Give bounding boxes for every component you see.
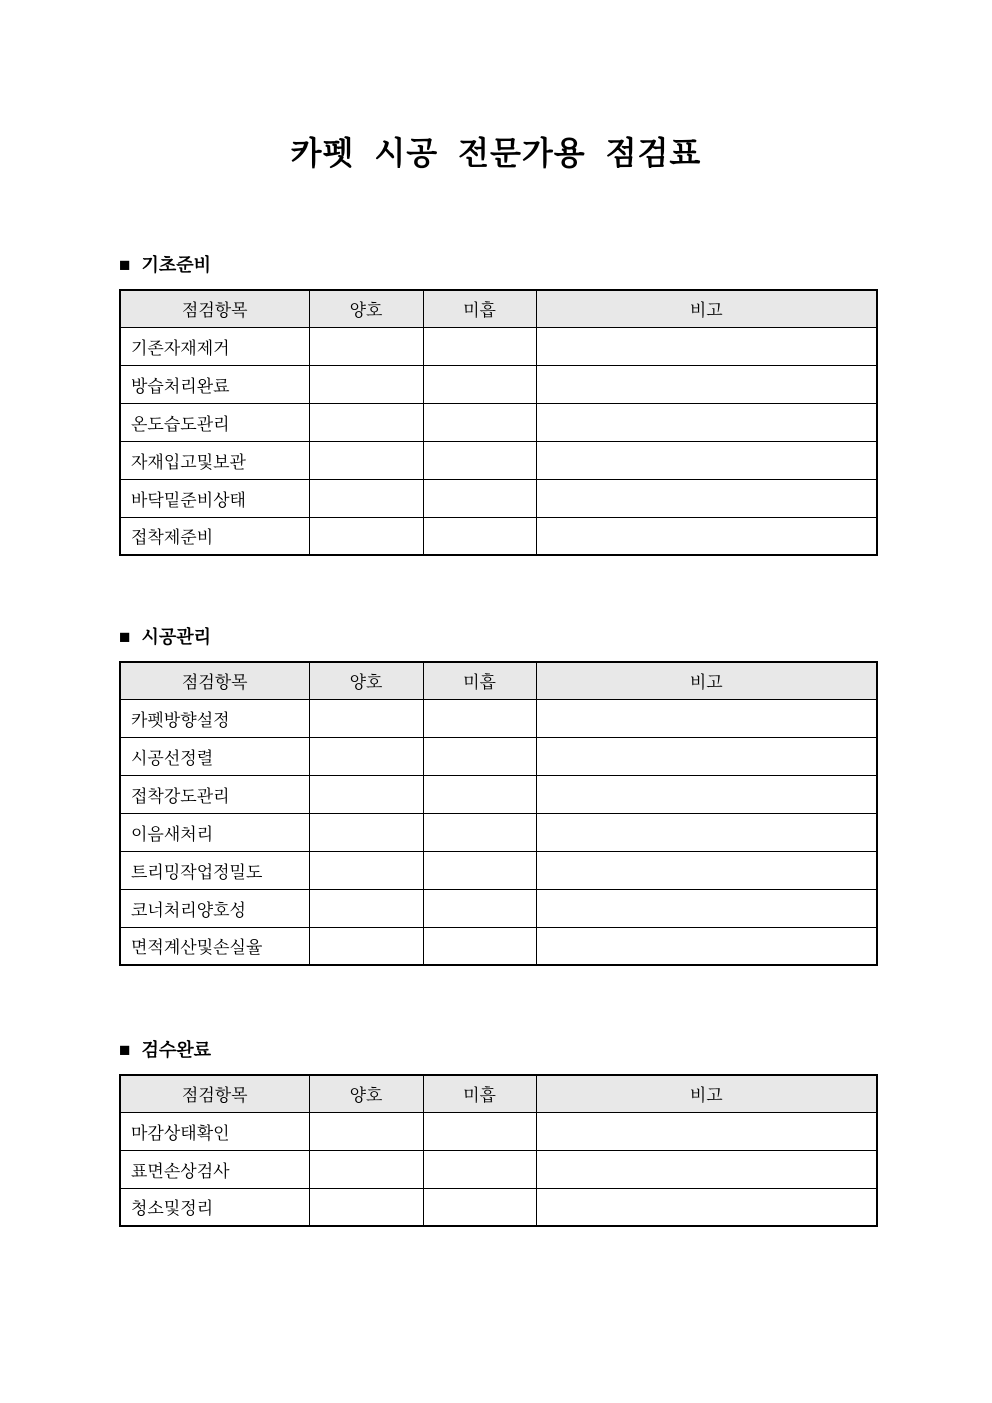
table-row: 방습처리완료 bbox=[120, 365, 877, 403]
item-cell: 청소및정리 bbox=[120, 1188, 309, 1226]
header-cell-good: 양호 bbox=[309, 662, 423, 699]
remarks-cell bbox=[536, 1150, 877, 1188]
poor-cell bbox=[423, 699, 536, 737]
document-content: ■ 기초준비 점검항목 양호 미흡 비고 기존자재제거 bbox=[119, 255, 876, 1227]
remarks-cell bbox=[536, 775, 877, 813]
table-row: 면적계산및손실율 bbox=[120, 927, 877, 965]
table-row: 이음새처리 bbox=[120, 813, 877, 851]
poor-cell bbox=[423, 813, 536, 851]
item-cell: 접착제준비 bbox=[120, 517, 309, 555]
checklist-table-basic-preparation: 점검항목 양호 미흡 비고 기존자재제거 방습처리완료 bbox=[119, 289, 878, 556]
poor-cell bbox=[423, 365, 536, 403]
poor-cell bbox=[423, 851, 536, 889]
header-cell-remarks: 비고 bbox=[536, 1075, 877, 1112]
remarks-cell bbox=[536, 1112, 877, 1150]
square-bullet-icon: ■ bbox=[119, 627, 130, 648]
header-cell-item: 점검항목 bbox=[120, 662, 309, 699]
item-cell: 방습처리완료 bbox=[120, 365, 309, 403]
good-cell bbox=[309, 851, 423, 889]
poor-cell bbox=[423, 927, 536, 965]
good-cell bbox=[309, 403, 423, 441]
good-cell bbox=[309, 517, 423, 555]
good-cell bbox=[309, 479, 423, 517]
good-cell bbox=[309, 1188, 423, 1226]
table-header-row: 점검항목 양호 미흡 비고 bbox=[120, 1075, 877, 1112]
remarks-cell bbox=[536, 851, 877, 889]
section-inspection-complete: ■ 검수완료 점검항목 양호 미흡 비고 마감상태확인 bbox=[119, 1040, 876, 1227]
good-cell bbox=[309, 365, 423, 403]
document-page: 카펫 시공 전문가용 점검표 ■ 기초준비 점검항목 양호 미흡 비고 bbox=[0, 0, 992, 1403]
table-row: 마감상태확인 bbox=[120, 1112, 877, 1150]
section-title: 검수완료 bbox=[141, 1040, 211, 1061]
remarks-cell bbox=[536, 889, 877, 927]
checklist-table-construction-management: 점검항목 양호 미흡 비고 카펫방향설정 시공선정렬 bbox=[119, 661, 878, 966]
remarks-cell bbox=[536, 737, 877, 775]
section-heading: ■ 시공관리 bbox=[119, 627, 876, 648]
remarks-cell bbox=[536, 441, 877, 479]
item-cell: 시공선정렬 bbox=[120, 737, 309, 775]
item-cell: 접착강도관리 bbox=[120, 775, 309, 813]
remarks-cell bbox=[536, 927, 877, 965]
poor-cell bbox=[423, 441, 536, 479]
remarks-cell bbox=[536, 403, 877, 441]
header-cell-item: 점검항목 bbox=[120, 290, 309, 327]
header-cell-remarks: 비고 bbox=[536, 662, 877, 699]
header-cell-item: 점검항목 bbox=[120, 1075, 309, 1112]
header-cell-poor: 미흡 bbox=[423, 290, 536, 327]
section-heading: ■ 검수완료 bbox=[119, 1040, 876, 1061]
remarks-cell bbox=[536, 517, 877, 555]
header-cell-remarks: 비고 bbox=[536, 290, 877, 327]
table-row: 시공선정렬 bbox=[120, 737, 877, 775]
good-cell bbox=[309, 327, 423, 365]
remarks-cell bbox=[536, 479, 877, 517]
good-cell bbox=[309, 927, 423, 965]
table-header-row: 점검항목 양호 미흡 비고 bbox=[120, 662, 877, 699]
poor-cell bbox=[423, 517, 536, 555]
section-title: 시공관리 bbox=[141, 627, 211, 648]
remarks-cell bbox=[536, 1188, 877, 1226]
section-title: 기초준비 bbox=[141, 255, 211, 276]
table-row: 트리밍작업정밀도 bbox=[120, 851, 877, 889]
item-cell: 트리밍작업정밀도 bbox=[120, 851, 309, 889]
remarks-cell bbox=[536, 699, 877, 737]
table-row: 온도습도관리 bbox=[120, 403, 877, 441]
good-cell bbox=[309, 441, 423, 479]
table-row: 자재입고및보관 bbox=[120, 441, 877, 479]
poor-cell bbox=[423, 1188, 536, 1226]
table-row: 코너처리양호성 bbox=[120, 889, 877, 927]
good-cell bbox=[309, 737, 423, 775]
poor-cell bbox=[423, 737, 536, 775]
table-row: 접착제준비 bbox=[120, 517, 877, 555]
remarks-cell bbox=[536, 813, 877, 851]
table-row: 카펫방향설정 bbox=[120, 699, 877, 737]
item-cell: 이음새처리 bbox=[120, 813, 309, 851]
good-cell bbox=[309, 699, 423, 737]
good-cell bbox=[309, 1112, 423, 1150]
good-cell bbox=[309, 889, 423, 927]
item-cell: 카펫방향설정 bbox=[120, 699, 309, 737]
header-cell-poor: 미흡 bbox=[423, 662, 536, 699]
table-row: 접착강도관리 bbox=[120, 775, 877, 813]
poor-cell bbox=[423, 1150, 536, 1188]
document-title: 카펫 시공 전문가용 점검표 bbox=[0, 0, 992, 173]
item-cell: 코너처리양호성 bbox=[120, 889, 309, 927]
item-cell: 기존자재제거 bbox=[120, 327, 309, 365]
section-basic-preparation: ■ 기초준비 점검항목 양호 미흡 비고 기존자재제거 bbox=[119, 255, 876, 556]
header-cell-good: 양호 bbox=[309, 290, 423, 327]
item-cell: 자재입고및보관 bbox=[120, 441, 309, 479]
item-cell: 표면손상검사 bbox=[120, 1150, 309, 1188]
remarks-cell bbox=[536, 365, 877, 403]
poor-cell bbox=[423, 889, 536, 927]
good-cell bbox=[309, 813, 423, 851]
square-bullet-icon: ■ bbox=[119, 1040, 130, 1061]
good-cell bbox=[309, 775, 423, 813]
poor-cell bbox=[423, 327, 536, 365]
header-cell-poor: 미흡 bbox=[423, 1075, 536, 1112]
poor-cell bbox=[423, 1112, 536, 1150]
item-cell: 바닥밑준비상태 bbox=[120, 479, 309, 517]
section-heading: ■ 기초준비 bbox=[119, 255, 876, 276]
item-cell: 마감상태확인 bbox=[120, 1112, 309, 1150]
section-construction-management: ■ 시공관리 점검항목 양호 미흡 비고 카펫방향설정 bbox=[119, 627, 876, 966]
poor-cell bbox=[423, 479, 536, 517]
table-header-row: 점검항목 양호 미흡 비고 bbox=[120, 290, 877, 327]
remarks-cell bbox=[536, 327, 877, 365]
table-row: 바닥밑준비상태 bbox=[120, 479, 877, 517]
table-row: 표면손상검사 bbox=[120, 1150, 877, 1188]
good-cell bbox=[309, 1150, 423, 1188]
checklist-table-inspection-complete: 점검항목 양호 미흡 비고 마감상태확인 표면손상검사 bbox=[119, 1074, 878, 1227]
header-cell-good: 양호 bbox=[309, 1075, 423, 1112]
square-bullet-icon: ■ bbox=[119, 255, 130, 276]
item-cell: 온도습도관리 bbox=[120, 403, 309, 441]
table-row: 기존자재제거 bbox=[120, 327, 877, 365]
poor-cell bbox=[423, 775, 536, 813]
table-row: 청소및정리 bbox=[120, 1188, 877, 1226]
item-cell: 면적계산및손실율 bbox=[120, 927, 309, 965]
poor-cell bbox=[423, 403, 536, 441]
